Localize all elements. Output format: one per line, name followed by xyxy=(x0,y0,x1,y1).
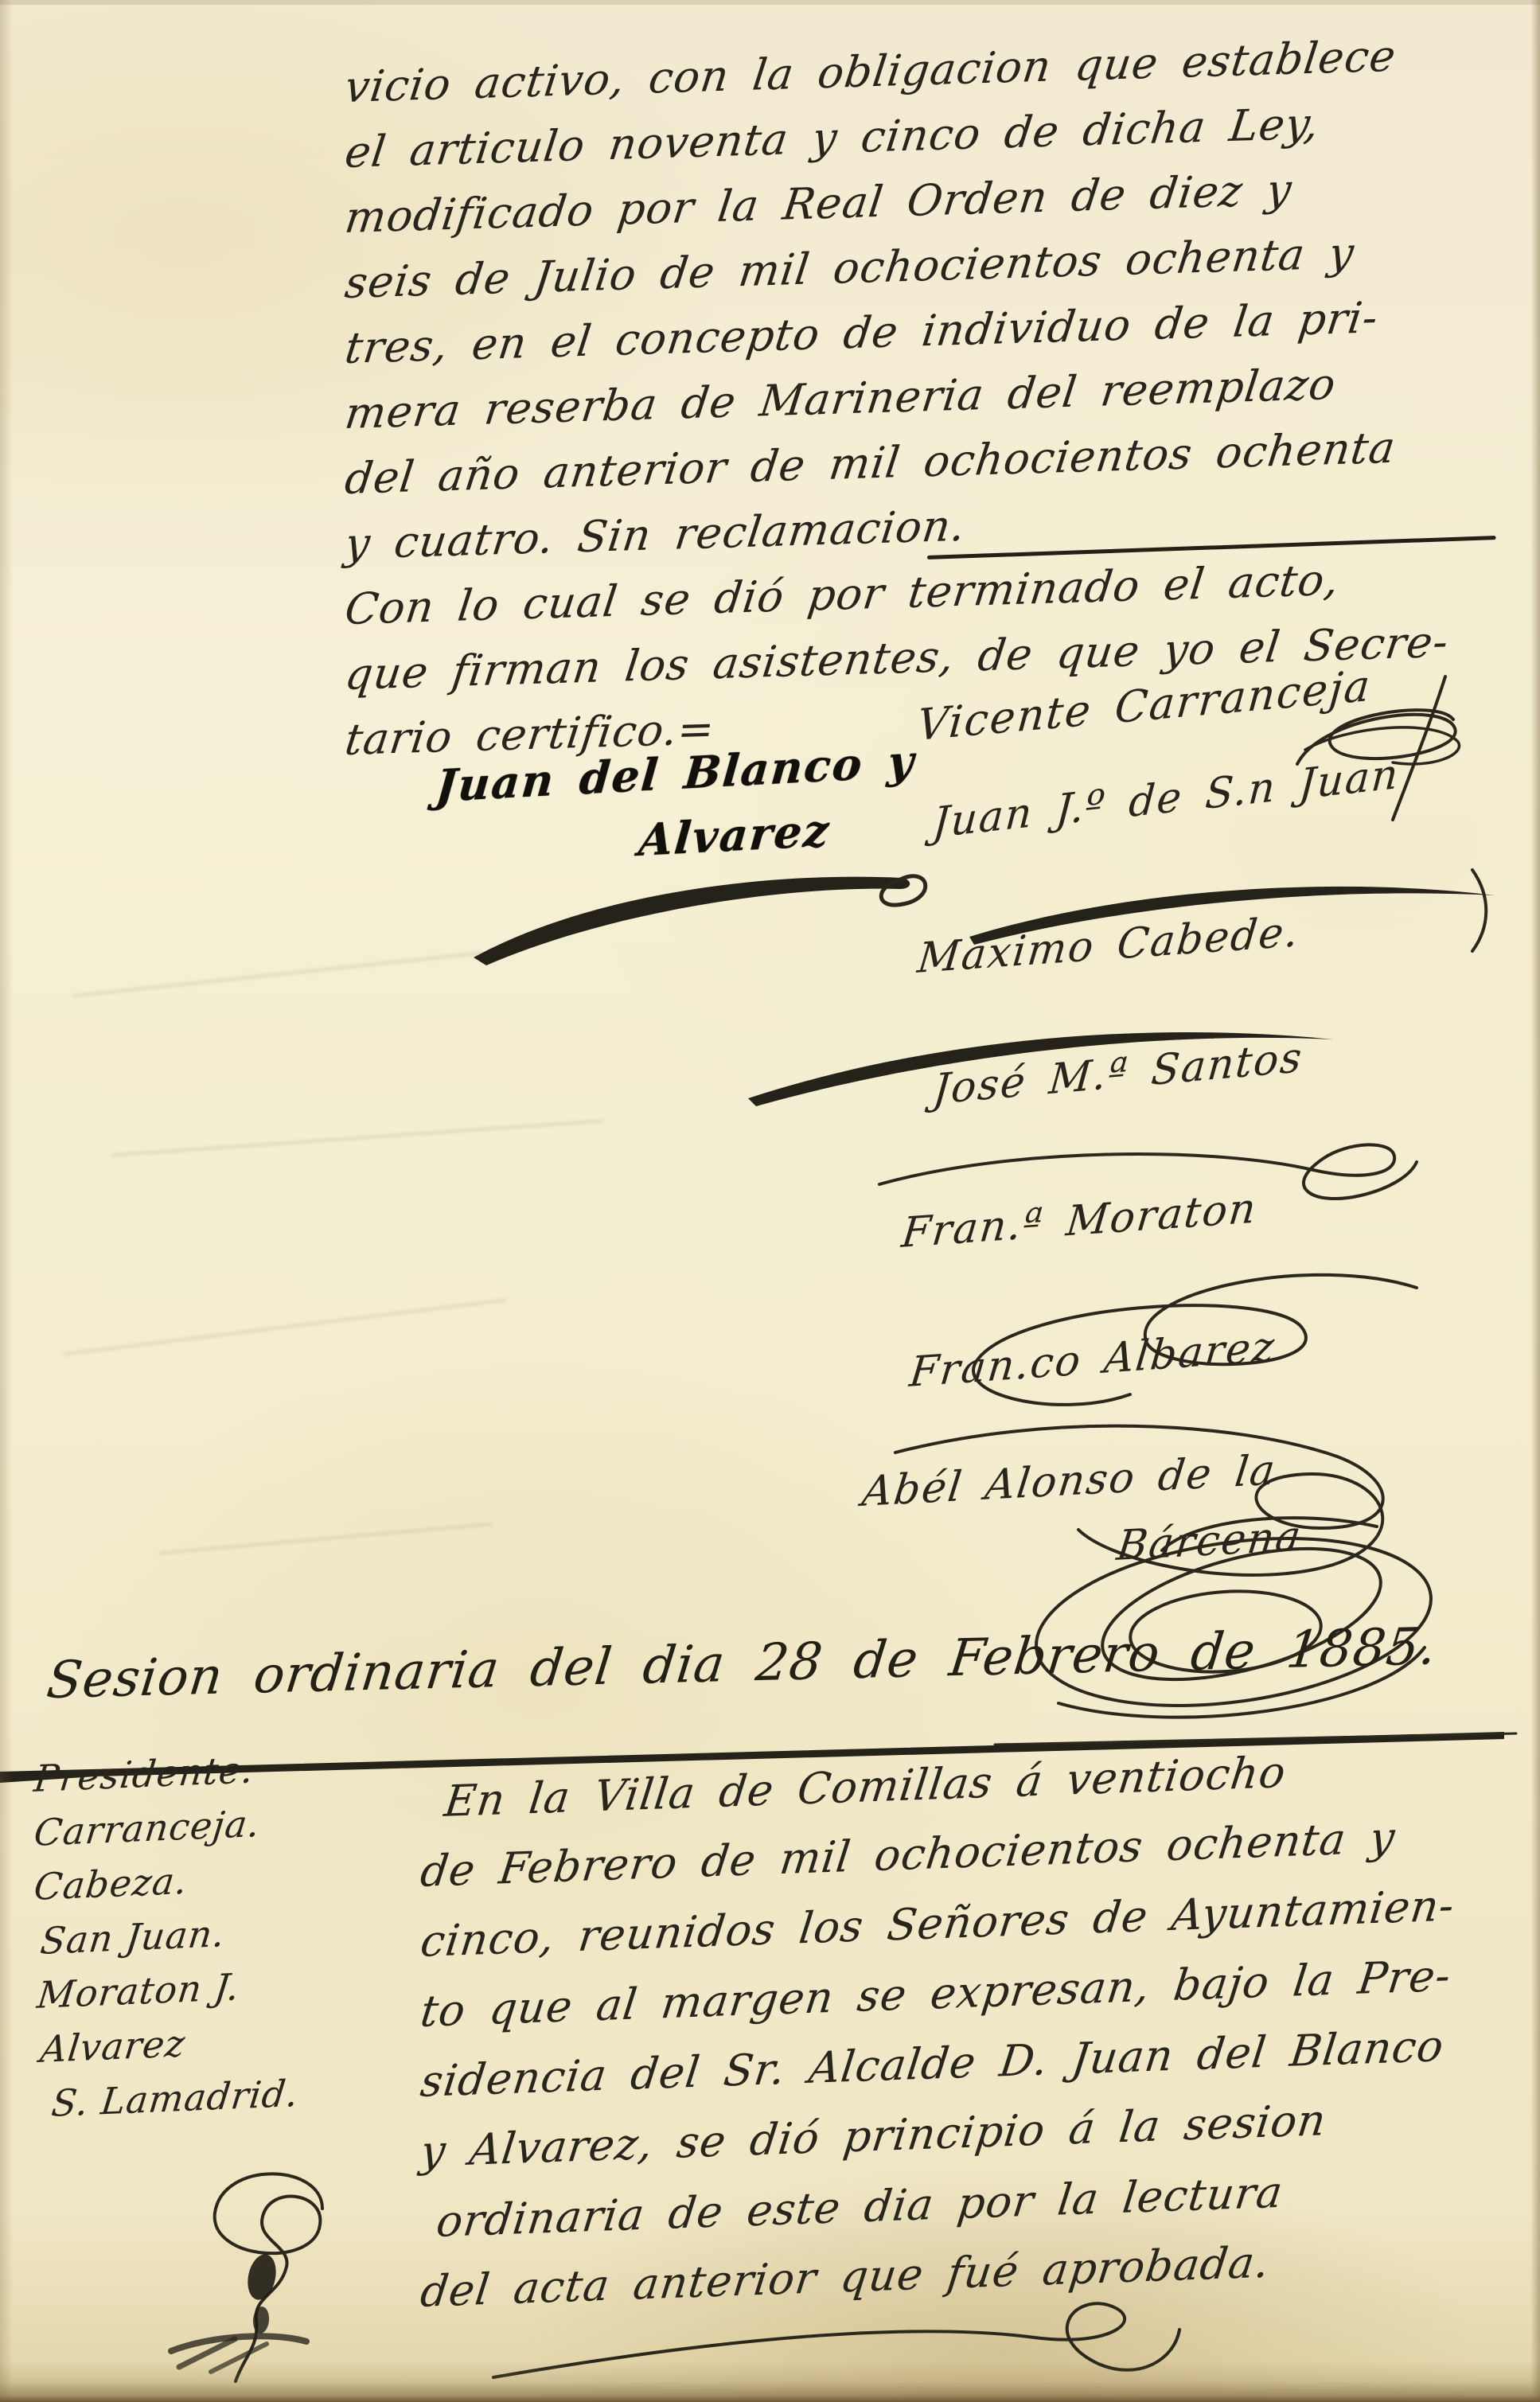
manuscript-line: cinco, reunidos los Señores de Ayuntamie… xyxy=(418,1880,1457,1967)
ink-showthrough xyxy=(64,1299,506,1355)
closing-dash-rule xyxy=(927,536,1496,560)
margin-attendee: S. Lamadrid. xyxy=(49,2072,301,2125)
ink-showthrough xyxy=(159,1523,493,1554)
manuscript-line: del año anterior de mil ochocientos oche… xyxy=(342,423,1398,504)
signature-sanjuan: Juan J.º de S.n Juan xyxy=(931,751,1401,848)
manuscript-line: y Alvarez, se dió principio á la sesion xyxy=(418,2095,1329,2177)
margin-attendee: Carranceja. xyxy=(32,1802,263,1854)
margin-attendee: Alvarez xyxy=(38,2022,188,2071)
margin-attendee: Presidente. xyxy=(32,1748,256,1800)
manuscript-line: de Febrero de mil ochocientos ochenta y xyxy=(418,1812,1398,1897)
manuscript-line: seis de Julio de mil ochocientos ochenta… xyxy=(342,228,1358,308)
manuscript-page: vicio activo, con la obligacion que esta… xyxy=(0,0,1540,2402)
margin-attendee: San Juan. xyxy=(38,1912,228,1963)
manuscript-line: tres, en el concepto de individuo de la … xyxy=(342,292,1382,373)
paper-bottom-edge xyxy=(0,2361,1540,2402)
margin-attendee: Moraton J. xyxy=(35,1965,242,2017)
ink-showthrough xyxy=(72,952,483,997)
manuscript-line: mera reserba de Marineria del reemplazo xyxy=(342,359,1339,439)
manuscript-line: sidencia del Sr. Alcalde D. Juan del Bla… xyxy=(418,2021,1447,2107)
blanco-rubric-flourish xyxy=(466,856,943,971)
manuscript-line: modificado por la Real Orden de diez y xyxy=(342,164,1295,243)
paper-left-edge xyxy=(0,0,13,2402)
ink-showthrough xyxy=(111,1120,604,1156)
manuscript-line: Con lo cual se dió por terminado el acto… xyxy=(342,555,1343,634)
manuscript-line: el articulo noventa y cinco de dicha Ley… xyxy=(342,98,1323,177)
paper-right-edge xyxy=(1530,0,1540,2402)
manuscript-line: ordinaria de este dia por la lectura xyxy=(434,2167,1286,2247)
manuscript-line: y cuatro. Sin reclamacion. xyxy=(342,501,969,569)
manuscript-line: to que al margen se expresan, bajo la Pr… xyxy=(418,1950,1454,2037)
paper-top-edge xyxy=(0,0,1540,5)
margin-attendee: Cabeza. xyxy=(32,1859,190,1909)
